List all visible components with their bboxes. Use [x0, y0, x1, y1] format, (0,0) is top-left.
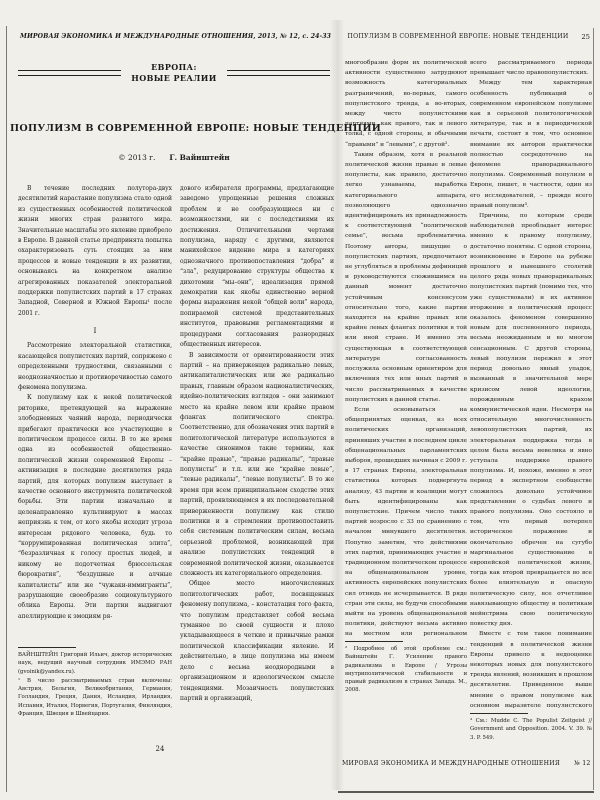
journal-footer-title: МИРОВАЯ ЭКОНОМИКА И МЕЖДУНАРОДНЫЕ ОТНОШЕ… — [342, 760, 560, 767]
column-body: дового избирателя программы, предлагающи… — [180, 184, 334, 740]
body-paragraph: дового избирателя программы, предлагающи… — [180, 184, 334, 351]
footnote-3: ³ См.: Mudde C. The Populist Zeitgeist /… — [470, 717, 592, 742]
body-paragraph: всего рассматриваемого периода превышает… — [470, 58, 592, 78]
page-25: ПОПУЛИЗМ В СОВРЕМЕННОЙ ЕВРОПЕ: НОВЫЕ ТЕН… — [342, 0, 594, 800]
scanned-journal-spread: { "colors": { "paper": "#f0efe9", "ink":… — [0, 0, 600, 800]
body-paragraph: Вместе с тем такое понимание тенденций в… — [470, 629, 592, 708]
rubric-label: ЕВРОПА: НОВЫЕ РЕАЛИИ — [131, 62, 216, 84]
footnote-rule — [470, 713, 528, 714]
byline-author: Г. Вайнштейн — [169, 153, 229, 162]
footnote-rule — [345, 641, 403, 642]
column-body: всего рассматриваемого периода превышает… — [470, 58, 592, 708]
body-paragraph: Таким образом, хотя в реальной политичес… — [345, 150, 467, 405]
byline: © 2013 г.Г. Вайнштейн — [10, 153, 338, 162]
page-24: МИРОВАЯ ЭКОНОМИКА И МЕЖДУНАРОДНЫЕ ОТНОШЕ… — [10, 0, 338, 800]
scan-edge-left — [6, 26, 7, 792]
left-page-column-2: дового избирателя программы, предлагающи… — [180, 184, 334, 740]
article-title: ПОПУЛИЗМ В СОВРЕМЕННОЙ ЕВРОПЕ: НОВЫЕ ТЕН… — [10, 123, 338, 134]
rubric-line-2: НОВЫЕ РЕАЛИИ — [131, 73, 216, 84]
body-paragraph: Если основываться на общепринятых оценка… — [345, 405, 467, 636]
body-paragraph: Рассмотрение электоральной статистики, к… — [18, 341, 172, 393]
right-page-column-1: многообразие форм их политической активн… — [345, 58, 467, 696]
rubric-rule-left — [18, 70, 121, 76]
left-page-column-1: В течение последних полутора-двух десяти… — [18, 184, 172, 719]
footnote-2: ² Подробнее об этой проблеме см.: Вайншт… — [345, 645, 467, 695]
rubric-line-1: ЕВРОПА: — [131, 62, 216, 73]
body-paragraph: К популизму как к некой политической рит… — [18, 393, 172, 622]
rubric-rule-right — [227, 70, 330, 76]
journal-header: МИРОВАЯ ЭКОНОМИКА И МЕЖДУНАРОДНЫЕ ОТНОШЕ… — [20, 33, 331, 40]
journal-footer: МИРОВАЯ ЭКОНОМИКА И МЕЖДУНАРОДНЫЕ ОТНОШЕ… — [342, 760, 594, 767]
body-paragraph: Между тем характерная особенность публик… — [470, 78, 592, 211]
body-paragraph: многообразие форм их политической активн… — [345, 58, 467, 150]
footnote-1: ¹ В число рассматриваемых стран включены… — [18, 677, 172, 718]
body-paragraph: В зависимости от ориентированности этих … — [180, 351, 334, 580]
column-body: В течение последних полутора-двух десяти… — [18, 184, 172, 642]
author-note: ВАЙНШТЕЙН Григорий Ильич, доктор историч… — [18, 651, 172, 676]
page-number-25: 25 — [581, 33, 590, 41]
page-number-24: 24 — [10, 745, 310, 753]
section-rubric: ЕВРОПА: НОВЫЕ РЕАЛИИ — [18, 62, 330, 84]
journal-footer-issue: № 12 — [574, 760, 591, 767]
byline-copyright: © 2013 г. — [118, 153, 155, 162]
body-paragraph: В течение последних полутора-двух десяти… — [18, 184, 172, 319]
section-heading: I — [18, 326, 172, 335]
column-body: многообразие форм их политической активн… — [345, 58, 467, 636]
body-paragraph: Причины, по которым среди наблюдателей п… — [470, 211, 592, 629]
running-head: ПОПУЛИЗМ В СОВРЕМЕННОЙ ЕВРОПЕ: НОВЫЕ ТЕН… — [342, 33, 574, 40]
footnote-rule — [18, 647, 76, 648]
right-page-column-2: всего рассматриваемого периода превышает… — [470, 58, 592, 743]
body-paragraph: Общее место многочисленных политологичес… — [180, 579, 334, 704]
